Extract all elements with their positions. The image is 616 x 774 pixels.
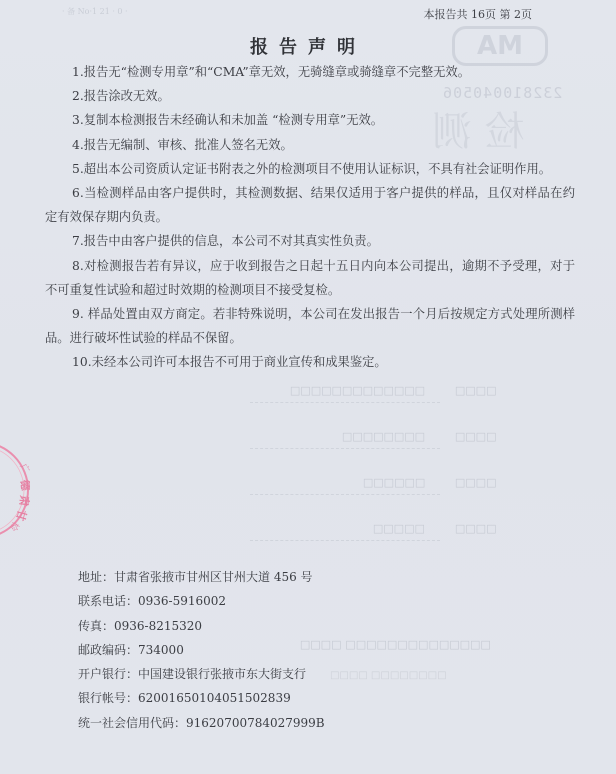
statement-item: 8.对检测报告若有异议，应于收到报告之日起十五日内向本公司提出，逾期不予受理，对… [45, 254, 575, 302]
phone-label: 联系电话： [78, 594, 138, 608]
phone-row: 联系电话：0936-5916002 [78, 589, 325, 613]
account-row: 银行帐号：62001650104051502839 [78, 686, 325, 710]
account-value: 62001650104051502839 [138, 691, 291, 705]
statement-item: 2.报告涂改无效。 [45, 84, 575, 108]
ghost-row: □□□□□□□□ □□□□ [250, 426, 610, 472]
ghost-row: □□□□□□ □□□□ [250, 472, 610, 518]
fax-row: 传真：0936-8215320 [78, 614, 325, 638]
statement-list: 1.报告无“检测专用章”和“CMA”章无效，无骑缝章或骑缝章不完整无效。 2.报… [45, 60, 575, 375]
statement-item: 7.报告中由客户提供的信息，本公司不对其真实性负责。 [45, 229, 575, 253]
red-seal-stamp: 广 德 肃 甘 检 [0, 440, 30, 540]
account-label: 银行帐号： [78, 691, 138, 705]
svg-text:检: 检 [7, 520, 22, 534]
statement-item: 6.当检测样品由客户提供时，其检测数据、结果仅适用于客户提供的样品，且仅对样品在… [45, 181, 575, 229]
statement-item: 9. 样品处置由双方商定。若非特殊说明，本公司在发出报告一个月后按规定方式处理所… [45, 302, 575, 350]
bleed-through-text: · 备 No·1 21 · 0 · [62, 6, 128, 17]
fax-value: 0936-8215320 [114, 619, 202, 633]
bleed-through-text: □□□□□□□□□□□□□□ □□□□ [300, 638, 491, 651]
page-title: 报告声明 [0, 33, 616, 59]
bank-label: 开户银行： [78, 667, 138, 681]
postcode-value: 734000 [138, 643, 184, 657]
svg-text:甘: 甘 [13, 508, 29, 522]
credit-code-label: 统一社会信用代码： [78, 716, 186, 730]
fax-label: 传真： [78, 619, 114, 633]
address-value: 甘肃省张掖市甘州区甘州大道 456 号 [114, 570, 313, 584]
bank-row: 开户银行：中国建设银行张掖市东大街支行 [78, 662, 325, 686]
report-page: · 备 No·1 21 · 0 · MA 232810040506 检 测 □□… [0, 0, 616, 774]
svg-text:肃: 肃 [17, 495, 30, 507]
statement-item: 5.超出本公司资质认定证书附表之外的检测项目不使用认证标识，不具有社会证明作用。 [45, 157, 575, 181]
statement-item: 3.复制本检测报告未经确认和未加盖 “检测专用章”无效。 [45, 108, 575, 132]
bank-value: 中国建设银行张掖市东大街支行 [138, 667, 306, 681]
ghost-row: □□□□□□□□□□□□□ □□□□ [250, 380, 610, 426]
credit-code-value: 91620700784027999B [186, 716, 325, 730]
bleed-through-table: □□□□□□□□□□□□□ □□□□ □□□□□□□□ □□□□ □□□□□□ … [250, 380, 610, 564]
phone-value: 0936-5916002 [138, 594, 226, 608]
statement-item: 10.未经本公司许可本报告不可用于商业宣传和成果鉴定。 [45, 350, 575, 374]
postcode-row: 邮政编码：734000 [78, 638, 325, 662]
page-count: 本报告共 16页 第 2页 [424, 6, 533, 22]
statement-item: 1.报告无“检测专用章”和“CMA”章无效，无骑缝章或骑缝章不完整无效。 [45, 60, 575, 84]
svg-text:德: 德 [18, 479, 30, 492]
bleed-through-text: □□□□□□□□ □□□□ [330, 670, 447, 681]
postcode-label: 邮政编码： [78, 643, 138, 657]
credit-code-row: 统一社会信用代码：91620700784027999B [78, 711, 325, 735]
contact-info: 地址：甘肃省张掖市甘州区甘州大道 456 号 联系电话：0936-5916002… [78, 565, 325, 735]
address-label: 地址： [78, 570, 114, 584]
ghost-row: □□□□□ □□□□ [250, 518, 610, 564]
address-row: 地址：甘肃省张掖市甘州区甘州大道 456 号 [78, 565, 325, 589]
statement-item: 4.报告无编制、审核、批准人签名无效。 [45, 133, 575, 157]
